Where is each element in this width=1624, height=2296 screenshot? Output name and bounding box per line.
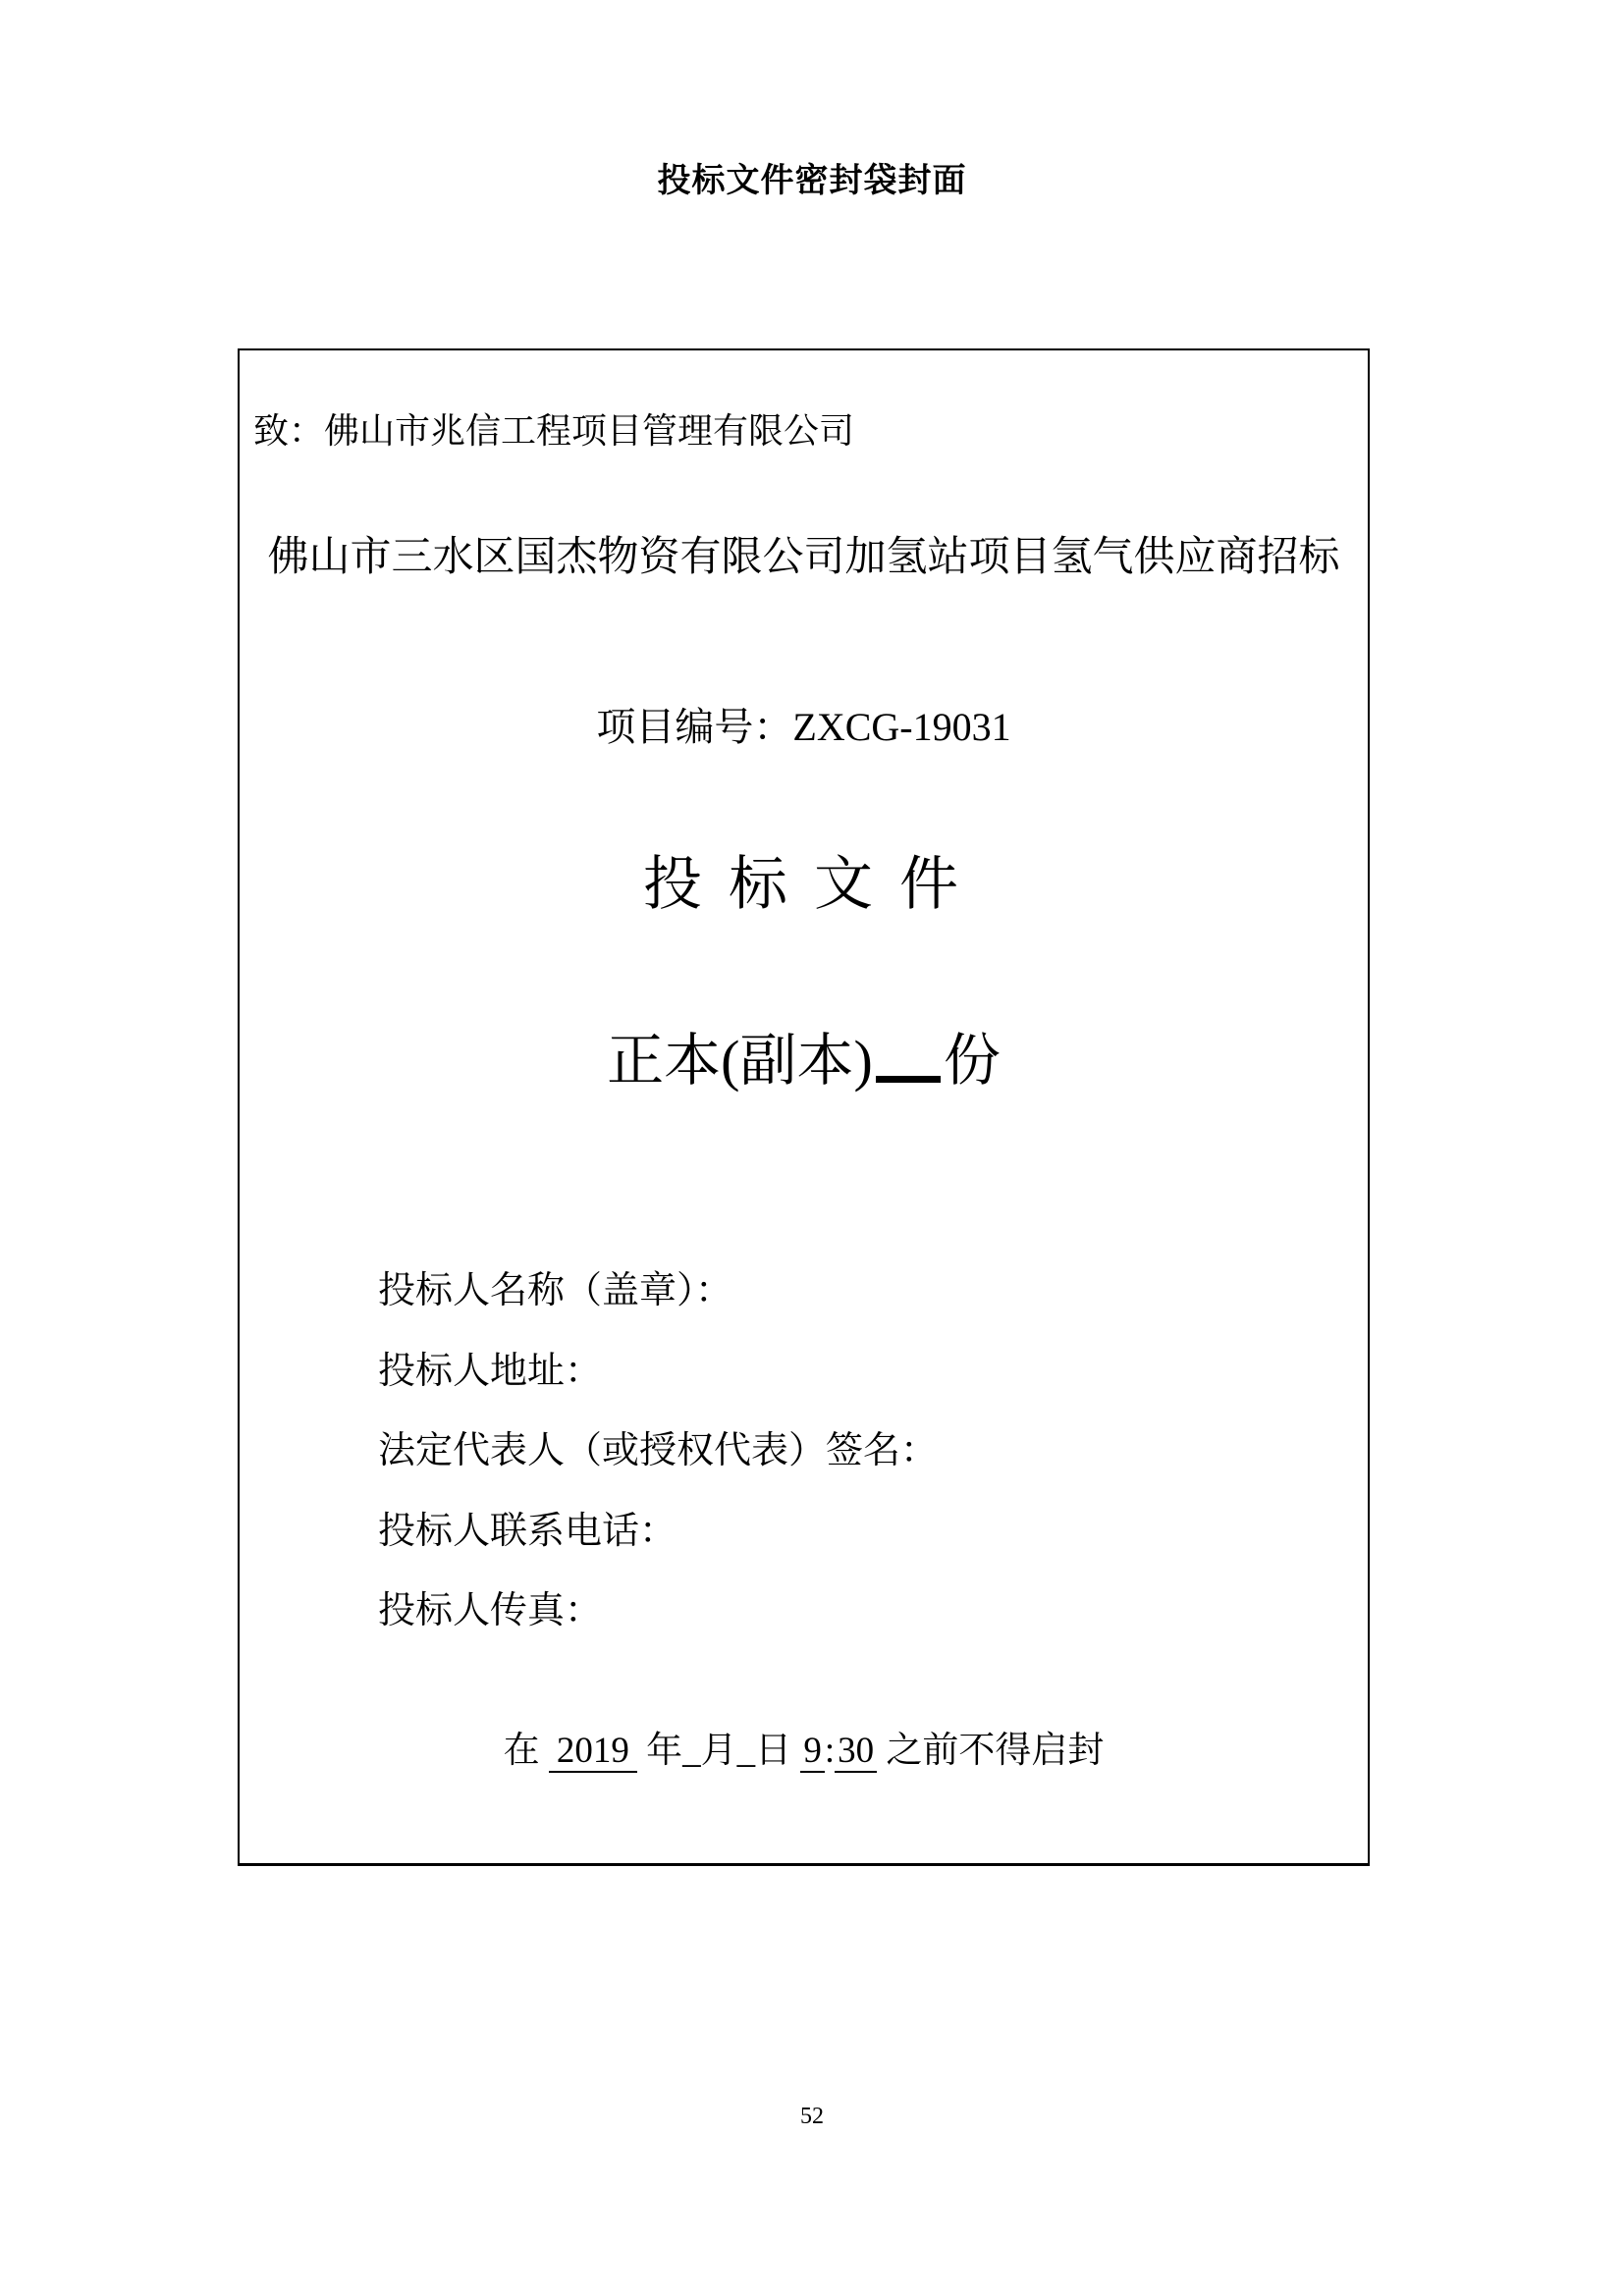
bidder-field-phone: 投标人联系电话： bbox=[378, 1492, 938, 1573]
bidder-field-fax: 投标人传真： bbox=[378, 1572, 938, 1652]
envelope-cover-box: 致：佛山市兆信工程项目管理有限公司 佛山市三水区国杰物资有限公司加氢站项目氢气供… bbox=[238, 348, 1370, 1866]
project-number: 项目编号：ZXCG-19031 bbox=[240, 696, 1368, 752]
page-number: 52 bbox=[0, 2104, 1624, 2130]
project-title: 佛山市三水区国杰物资有限公司加氢站项目氢气供应商招标 bbox=[240, 525, 1368, 591]
seal-notice-middle: 年_月_日 bbox=[637, 1731, 801, 1771]
seal-notice-year: 2019 bbox=[549, 1731, 637, 1773]
document-title: 投 标 文 件 bbox=[240, 837, 1368, 922]
copies-line: 正本(副本)份 bbox=[240, 1014, 1368, 1096]
bidder-field-representative-signature: 法定代表人（或授权代表）签名： bbox=[378, 1412, 938, 1492]
copies-suffix: 份 bbox=[944, 1029, 1001, 1093]
bidder-fields: 投标人名称（盖章）： 投标人地址： 法定代表人（或授权代表）签名： 投标人联系电… bbox=[378, 1252, 938, 1652]
copies-blank-line bbox=[876, 1076, 941, 1083]
seal-notice-hour: 9 bbox=[800, 1731, 825, 1773]
document-page: 投标文件密封袋封面 致：佛山市兆信工程项目管理有限公司 佛山市三水区国杰物资有限… bbox=[0, 0, 1624, 2296]
seal-notice-line: 在 2019 年_月_日 9:30 之前不得启封 bbox=[240, 1720, 1368, 1773]
addressee-line: 致：佛山市兆信工程项目管理有限公司 bbox=[253, 403, 854, 454]
seal-notice-prefix: 在 bbox=[504, 1731, 549, 1771]
page-title: 投标文件密封袋封面 bbox=[0, 153, 1624, 201]
seal-notice-minute: 30 bbox=[835, 1731, 877, 1773]
copies-prefix: 正本(副本) bbox=[607, 1029, 873, 1093]
seal-notice-suffix: 之前不得启封 bbox=[877, 1731, 1104, 1771]
bidder-field-name: 投标人名称（盖章）： bbox=[378, 1252, 938, 1332]
seal-notice-colon: : bbox=[825, 1731, 835, 1771]
bidder-field-address: 投标人地址： bbox=[378, 1332, 938, 1413]
